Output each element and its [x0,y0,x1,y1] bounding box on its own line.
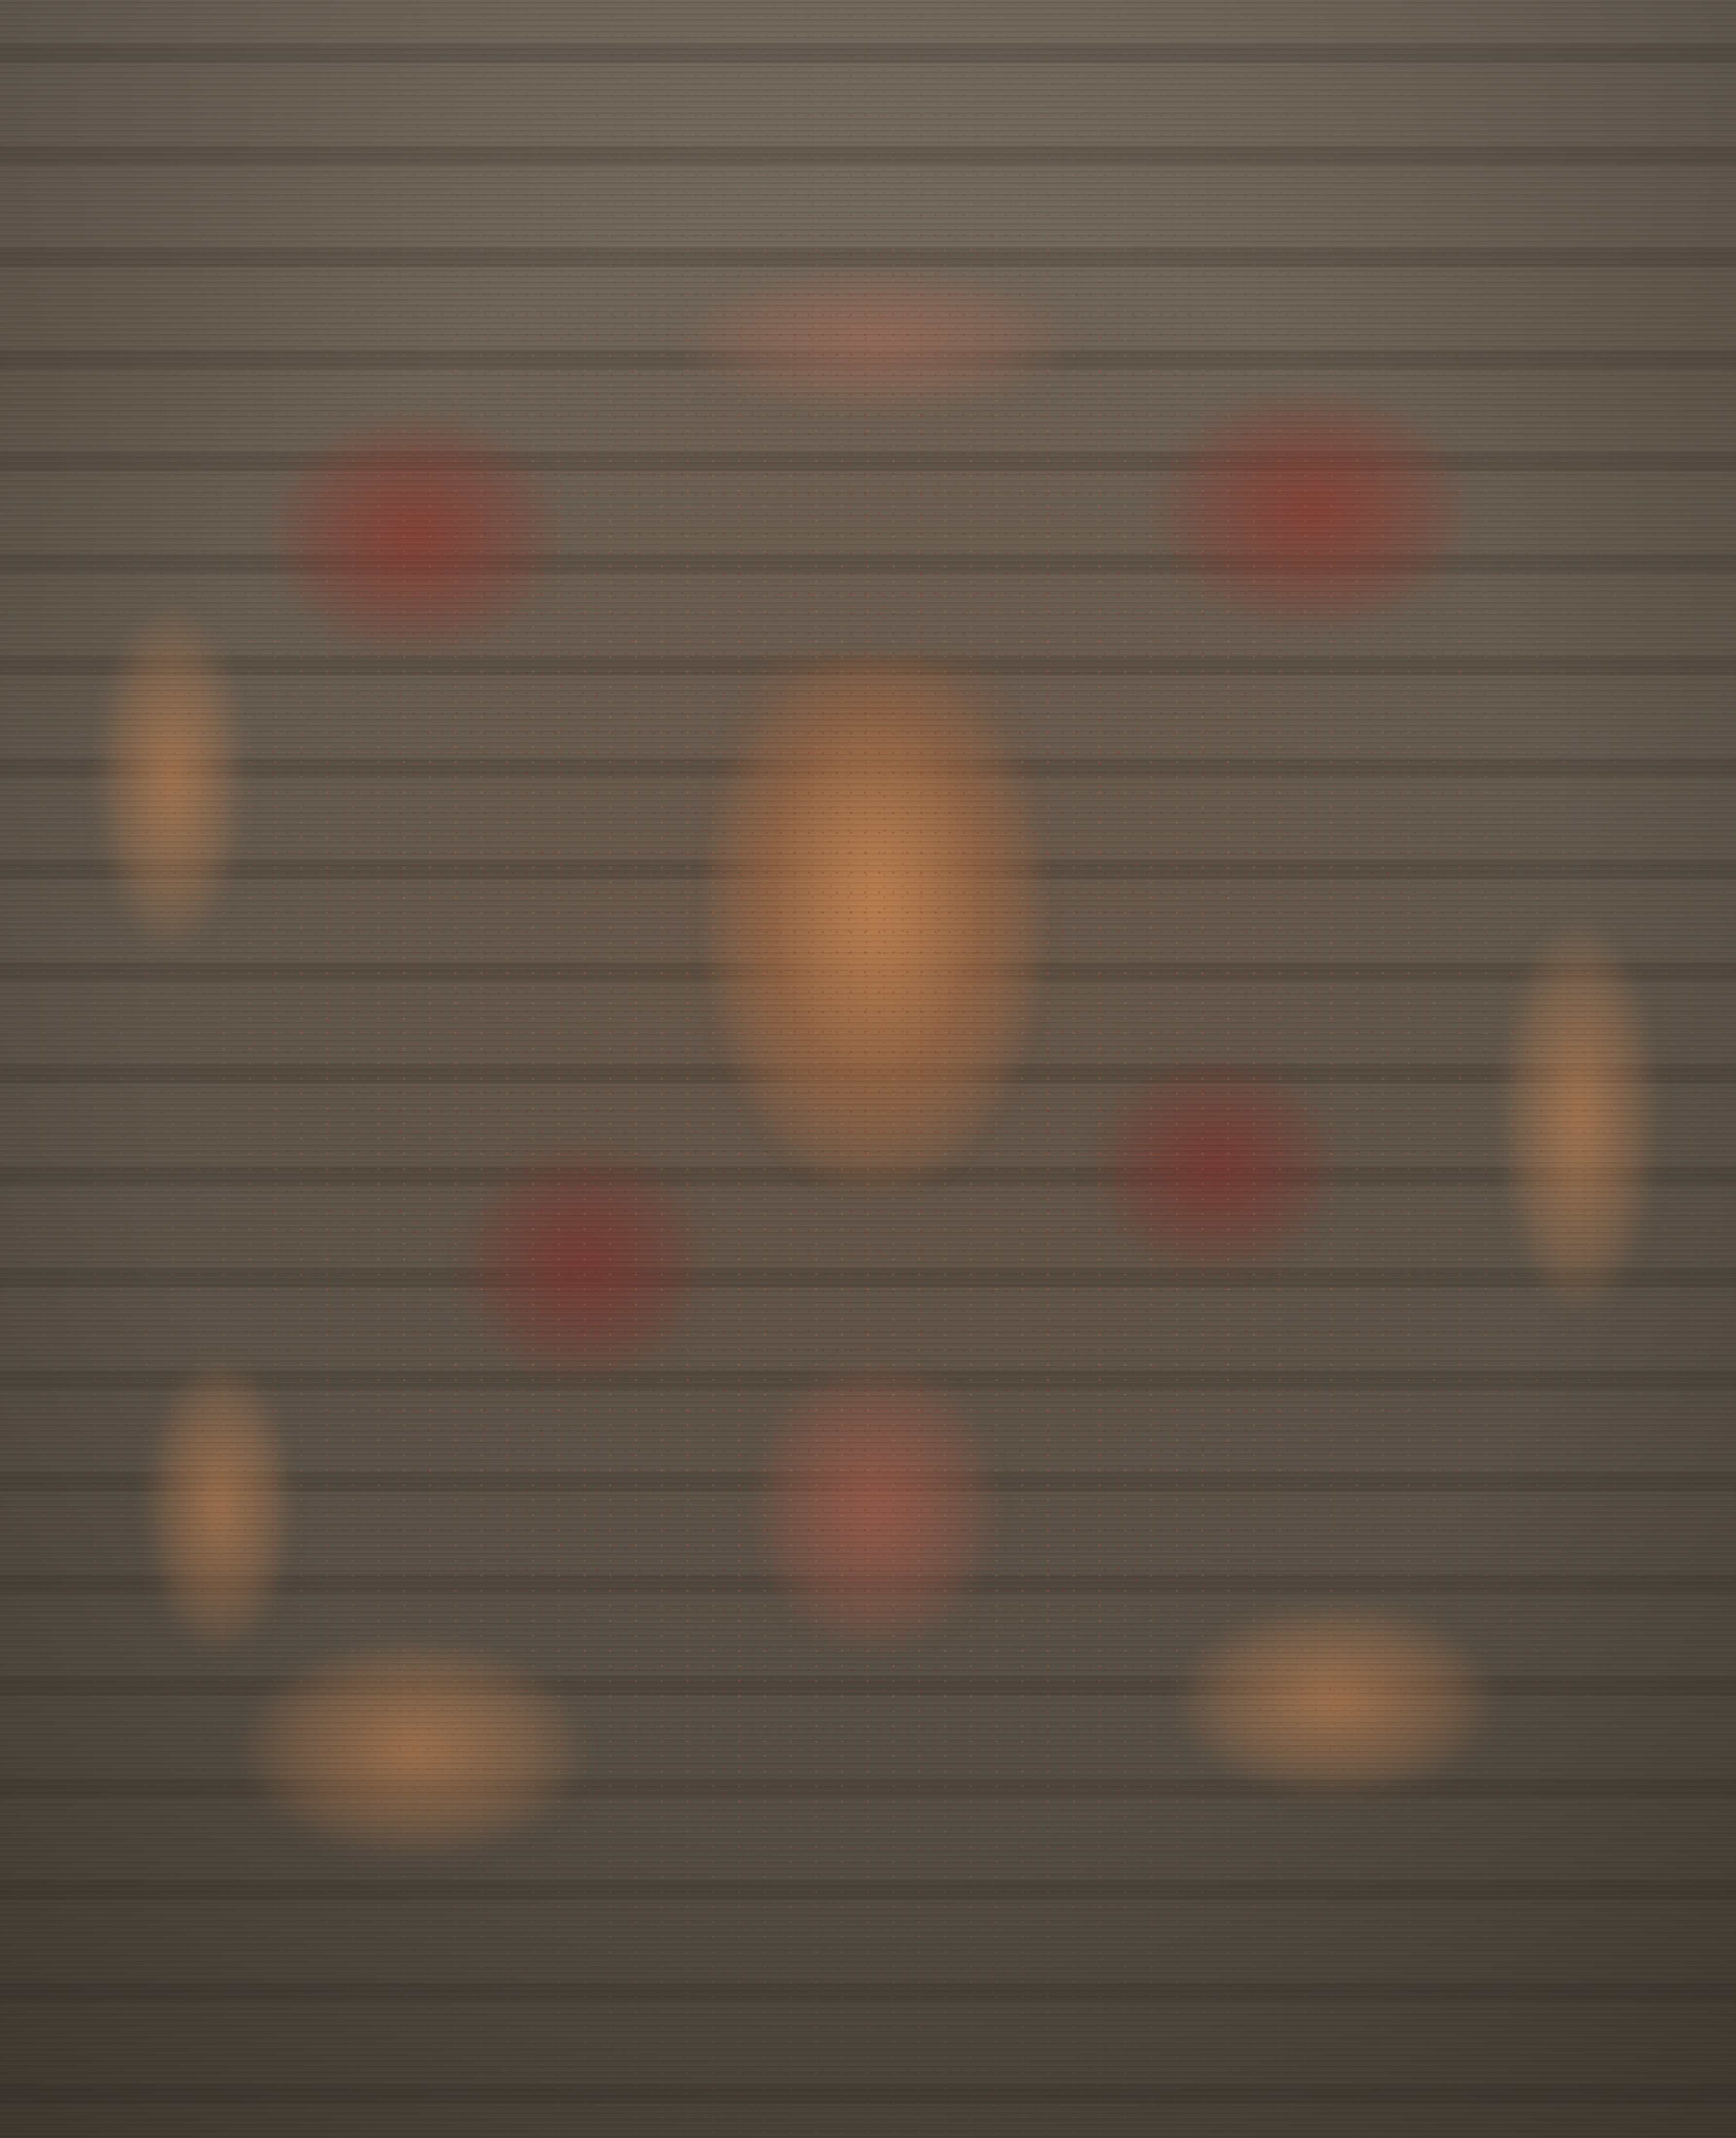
upper-right-cluster [1154,389,1470,632]
top-center-accent [680,267,1069,413]
mid-left-red [462,1142,705,1385]
central-medallion [705,656,1045,1190]
lower-center-motif [753,1361,996,1652]
mid-right-red [1093,1057,1336,1276]
lower-right-cluster [1178,1603,1494,1798]
upper-left-cluster [267,413,559,656]
rug-photo [0,0,1736,2138]
lower-left-cluster [243,1640,583,1859]
right-border-motif [1501,923,1657,1312]
lower-left-border [146,1361,292,1652]
left-border-motif [97,607,243,948]
